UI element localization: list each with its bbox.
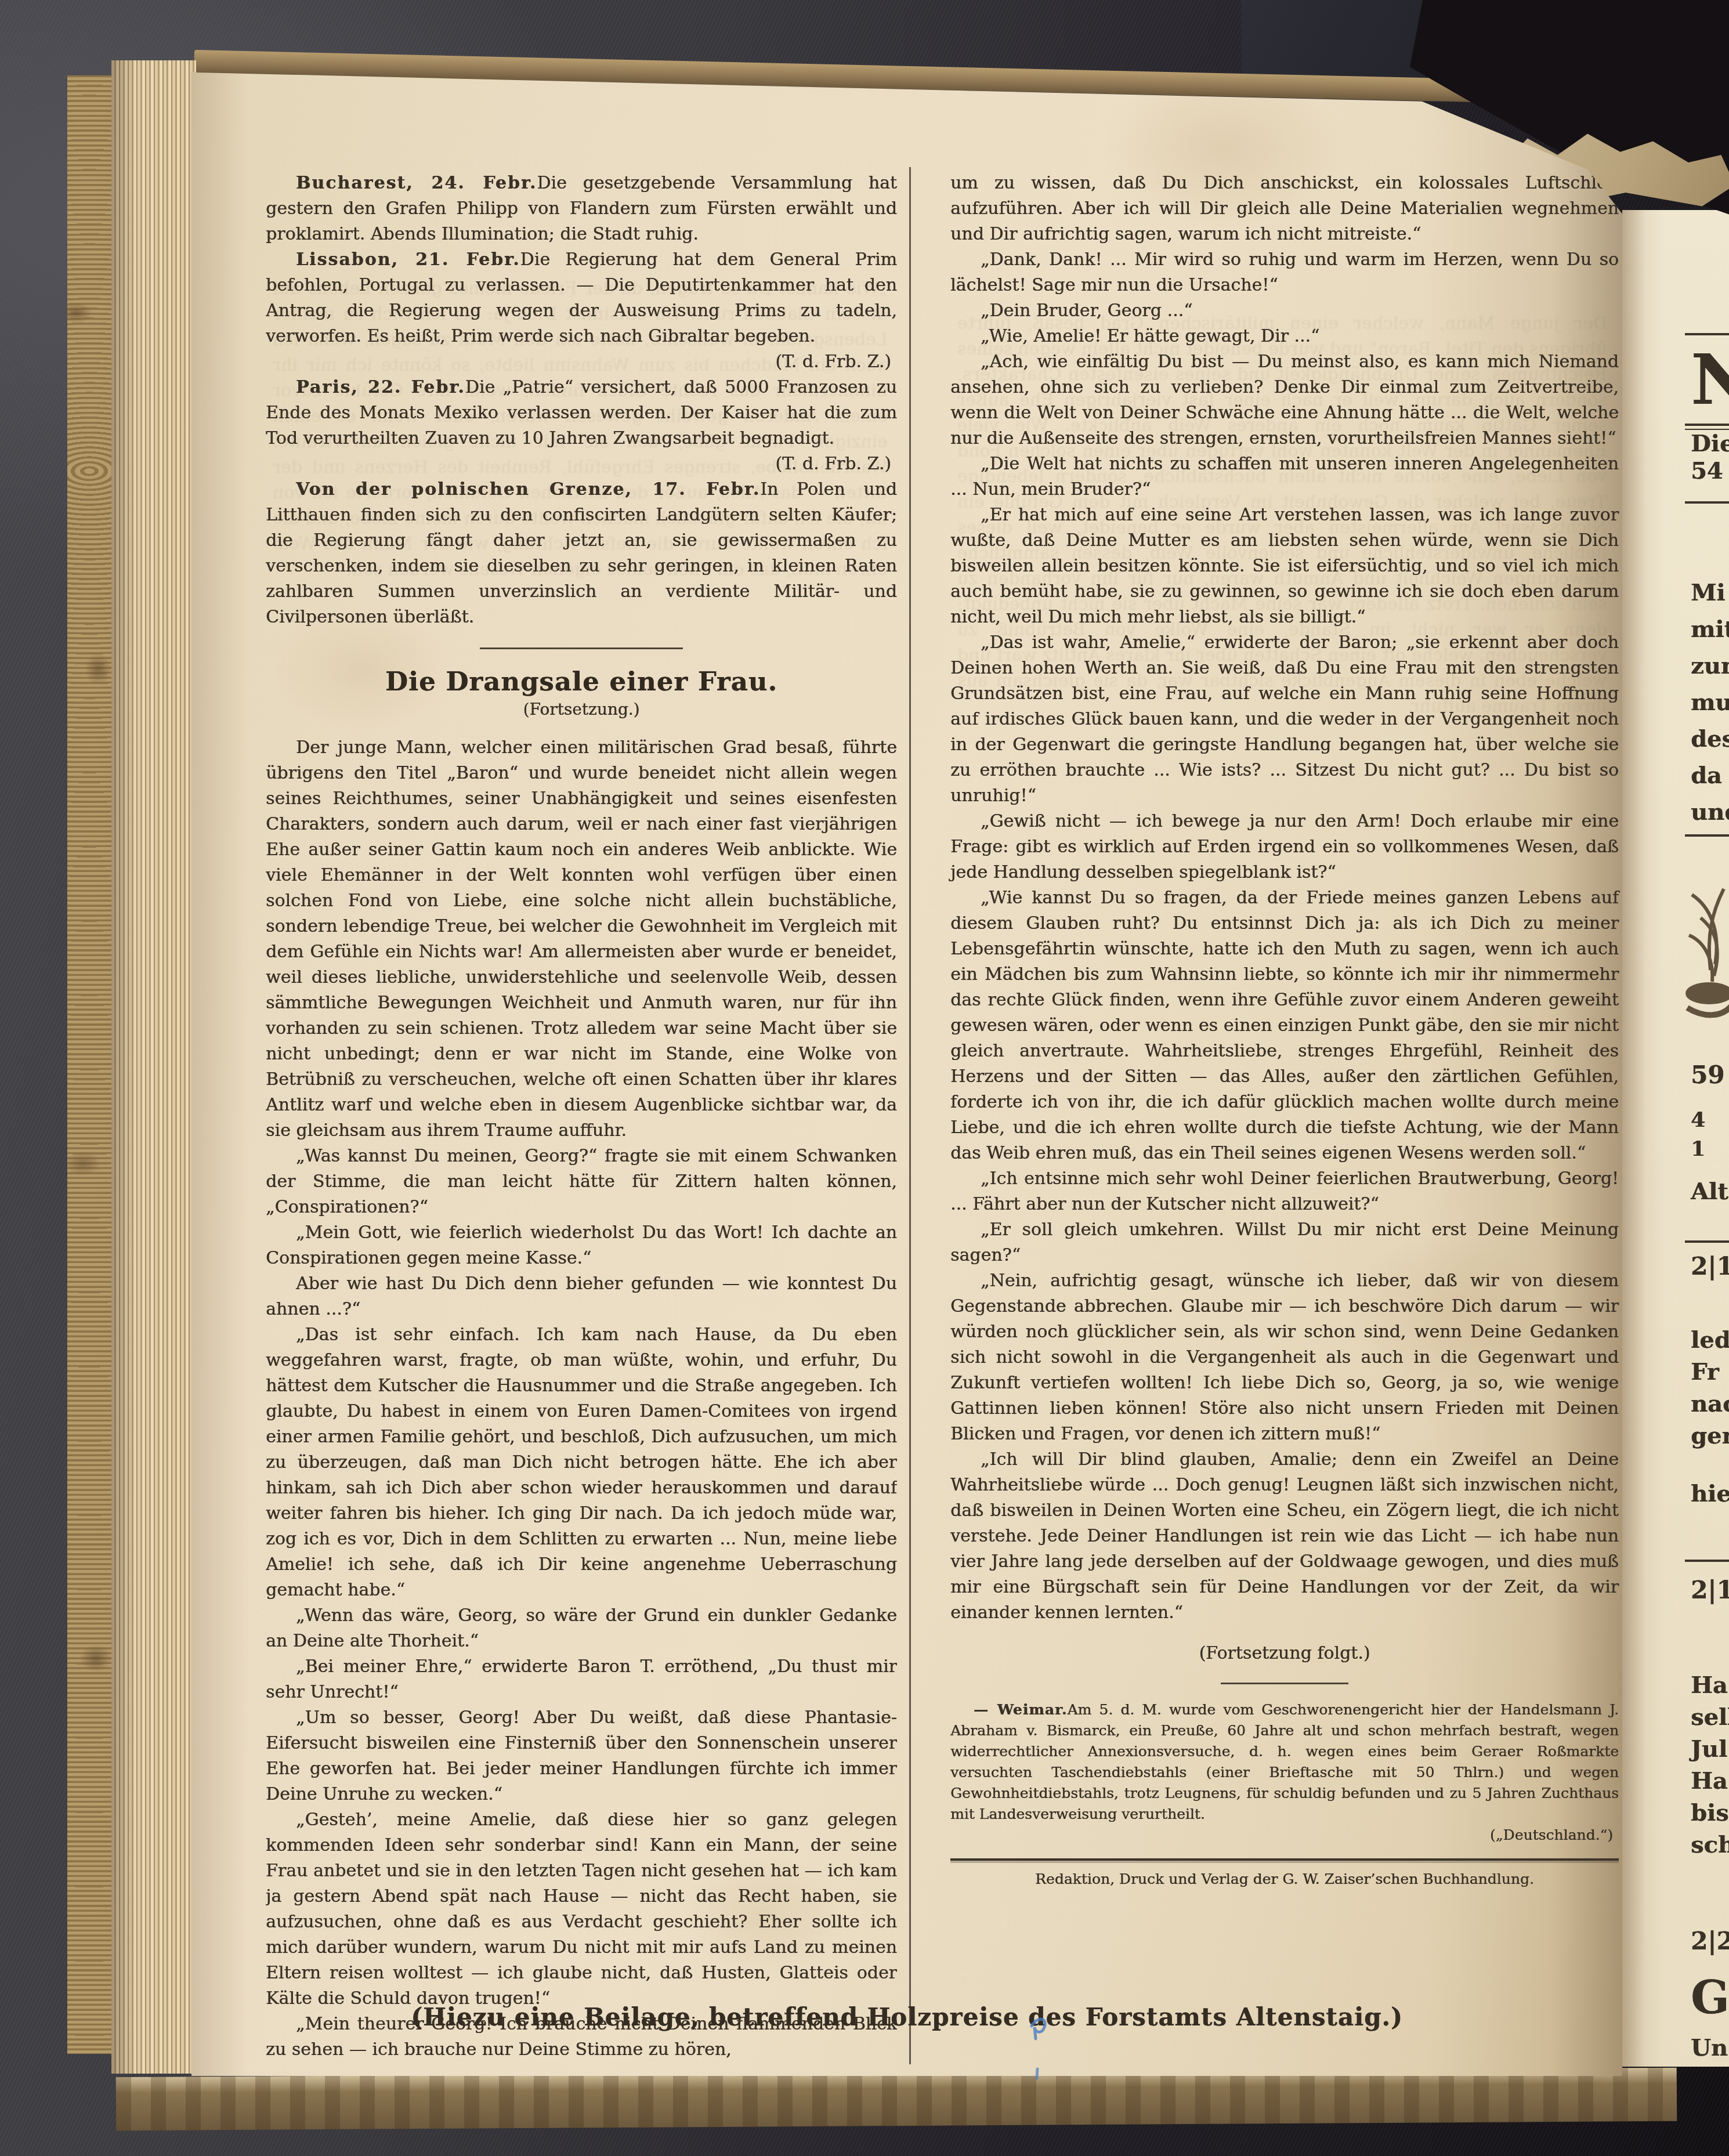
paragraph: „Dein Bruder, Georg ...“ [950,298,1619,324]
book-photo: NDie54Mimitzummußdesdaund5941Alt2|1lediF… [0,0,1729,2156]
next-page-text-fragment: 1 [1691,1138,1705,1159]
masthead-rule [1685,333,1729,335]
next-page-text-fragment: bis [1691,1802,1729,1825]
continuation-note: (Fortsetzung folgt.) [950,1641,1619,1666]
paragraph: „Die Welt hat nichts zu schaffen mit uns… [950,451,1619,502]
dateline: Lissabon, 21. Febr. [296,249,520,270]
source-credit: (T. d. Frb. Z.) [266,451,897,477]
next-page-text-fragment: Fr [1691,1361,1719,1384]
next-page-text-fragment: Alt [1691,1180,1728,1203]
next-page-text-fragment: 2|1 [1691,1254,1729,1279]
imprint: Redaktion, Druck und Verlag der G. W. Za… [950,1866,1619,1892]
paragraph: „Bei meiner Ehre,“ erwiderte Baron T. er… [266,1654,897,1705]
next-page-edge: NDie54Mimitzummußdesdaund5941Alt2|1lediF… [1622,210,1729,2067]
book-bottom-edge [116,2068,1677,2130]
masthead-rule [1685,424,1729,426]
paragraph: „Gesteh’, meine Amelie, daß diese hier s… [266,1807,897,2012]
paragraph: „Gewiß nicht — ich bewege ja nur den Arm… [950,809,1619,885]
next-page-text-fragment: Jul [1691,1738,1727,1761]
dateline: Bucharest, 24. Febr. [296,173,537,193]
next-page-text-fragment: nach [1691,1392,1729,1416]
next-page-text-fragment: N [1691,345,1729,415]
next-page-text-fragment: Mi [1691,581,1725,605]
next-page-text-fragment: 2|1 [1691,1578,1729,1602]
news-item: Paris, 22. Febr.Die „Patrie“ versichert,… [266,375,897,477]
section-divider-rule [480,647,683,649]
dateline: — Weimar. [974,1701,1068,1718]
news-item: Von der polnischen Grenze, 17. Febr.In P… [266,477,897,630]
next-page-text-fragment: mit [1691,618,1729,641]
next-page-text-fragment: 2|2 [1691,1929,1729,1954]
next-page-text-fragment: des [1691,728,1729,751]
section-rule [1685,1240,1729,1243]
news-item: Bucharest, 24. Febr.Die gesetzgebende Ve… [266,171,897,247]
right-column: um zu wissen, daß Du Dich anschickst, ei… [950,171,1619,1892]
next-page-text-fragment: G [1691,1976,1729,2021]
paragraph: „Das ist sehr einfach. Ich kam nach Haus… [266,1322,897,1603]
news-text: In Polen und Litthauen finden sich zu de… [266,479,897,627]
paragraph: um zu wissen, daß Du Dich anschickst, ei… [950,171,1619,247]
section-rule [1685,1560,1729,1562]
next-page-text-fragment: und [1691,801,1729,824]
paragraph: „Das ist wahr, Amelie,“ erwiderte der Ba… [950,630,1619,809]
serial-subtitle: (Fortsetzung.) [266,697,897,722]
marbled-cover-edge [67,75,111,2054]
dateline: Paris, 22. Febr. [296,377,465,397]
next-page-text-fragment: 4 [1691,1109,1705,1130]
paragraph: „Ach, wie einfältig Du bist — Du meinst … [950,349,1619,451]
paragraph: „Ich entsinne mich sehr wohl Deiner feie… [950,1166,1619,1217]
next-page-text-fragment: Die [1691,432,1729,455]
paragraph: „Um so besser, Georg! Aber Du weißt, daß… [266,1705,897,1807]
paragraph: „Mein Gott, wie feierlich wiederholst Du… [266,1220,897,1271]
next-page-text-fragment: muß [1691,691,1729,714]
paragraph: „Wie kannst Du so fragen, da der Friede … [950,885,1619,1166]
next-page-text-fragment: hie [1691,1482,1729,1506]
paragraph: Der junge Mann, welcher einen militärisc… [266,735,897,1144]
next-page-text-fragment: selb [1691,1706,1729,1729]
masthead-vignette [1680,883,1729,1034]
next-page-text-fragment: Ha [1691,1770,1728,1793]
paragraph: „Er hat mich auf eine seine Art verstehe… [950,502,1619,630]
masthead-rule [1685,501,1729,504]
next-page-text-fragment: da [1691,764,1722,787]
page-edge-stack [111,60,196,2074]
paragraph: „Ich will Dir blind glauben, Amalie; den… [950,1447,1619,1626]
source-credit: (T. d. Frb. Z.) [266,349,897,375]
serial-title: Die Drangsale einer Frau. [266,669,897,694]
next-page-text-fragment: 54 [1691,460,1723,483]
next-page-text-fragment: Un [1691,2036,1728,2060]
news-text: Am 5. d. M. wurde vom Geschworenengerich… [950,1701,1619,1822]
next-page-text-fragment: 59 [1691,1063,1724,1087]
section-rule [1685,834,1729,837]
news-item: Lissabon, 21. Febr.Die Regierung hat dem… [266,247,897,375]
column-divider [909,167,911,2064]
imprint-rule [950,1858,1619,1861]
paragraph: „Wie, Amelie! Er hätte gewagt, Dir ...“ [950,324,1619,349]
paragraph: „Dank, Dank! ... Mir wird so ruhig und w… [950,247,1619,298]
next-page-text-fragment: ledi [1691,1329,1729,1352]
next-page-text-fragment: zum [1691,654,1729,678]
next-page-text-fragment: Ha [1691,1674,1728,1697]
paragraph: „Er soll gleich umkehren. Willst Du mir … [950,1217,1619,1268]
newspaper-page: „Wie kannst Du so fragen, da der Friede … [191,67,1622,2076]
next-page-text-fragment: gen [1691,1424,1729,1448]
left-column: Bucharest, 24. Febr.Die gesetzgebende Ve… [266,171,897,2062]
next-page-text-fragment: sche [1691,1833,1729,1857]
separator-rule [1221,1683,1348,1684]
dateline: Von der polnischen Grenze, 17. Febr. [296,479,760,500]
paragraph: „Wenn das wäre, Georg, so wäre der Grund… [266,1603,897,1654]
source-credit: („Deutschland.“) [950,1825,1619,1846]
paragraph: „Nein, aufrichtig gesagt, wünsche ich li… [950,1268,1619,1447]
supplement-note: (Hiezu eine Beilage, betreffend Holzprei… [191,2003,1622,2031]
news-item: — Weimar.Am 5. d. M. wurde vom Geschwore… [950,1699,1619,1846]
paragraph: „Was kannst Du meinen, Georg?“ fragte si… [266,1144,897,1220]
pen-mark [1027,2013,1052,2083]
paragraph: Aber wie hast Du Dich denn bieher gefund… [266,1271,897,1322]
